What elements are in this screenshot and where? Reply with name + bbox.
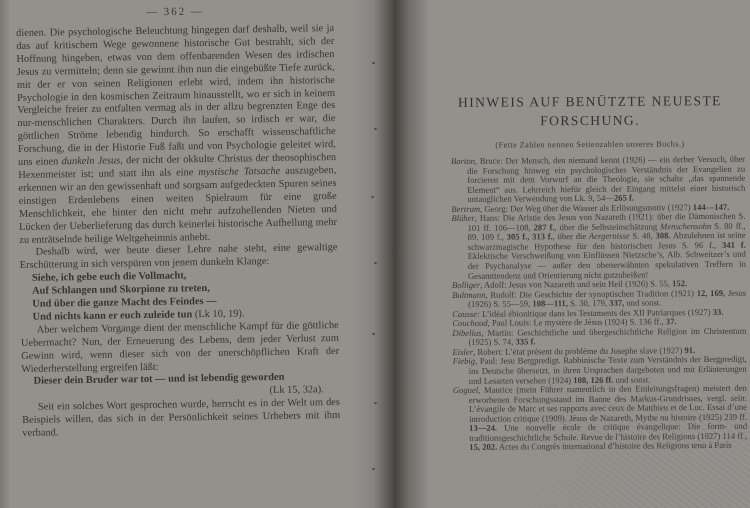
bibliography-list: Barton, Bruce: Der Mensch, den niemand k… xyxy=(451,155,747,453)
bibliography-entry: Fiebig, Paul: Jesu Bergpredigt. Rabbinis… xyxy=(453,355,747,386)
page-title: HINWEIS AUF BENÜTZTE NEUESTE FORSCHUNG. xyxy=(445,91,735,131)
bibliography-entry: Dibelius, Martin: Geschichtliche und übe… xyxy=(452,327,746,348)
bibliography-entry: Goguel, Maurice (mein Führer namentlich … xyxy=(453,384,748,453)
page-title-line1: HINWEIS AUF BENÜTZTE NEUESTE xyxy=(445,91,735,112)
paragraph: dienen. Die psychologische Beleuchtung h… xyxy=(16,23,337,247)
left-page: — 362 — dienen. Die psychologische Beleu… xyxy=(0,0,375,508)
bibliography-entry: Barton, Bruce: Der Mensch, den niemand k… xyxy=(451,155,745,205)
page-title-line2: FORSCHUNG. xyxy=(445,110,735,131)
bibliography-entry: Blüher, Hans: Die Aristie des Jesus von … xyxy=(451,212,746,281)
paragraph: Seit ein solches Wort gesprochen wurde, … xyxy=(22,397,341,441)
paragraph: Aber welchem Vorgange dient der menschli… xyxy=(21,320,340,377)
page-number: — 362 — xyxy=(16,4,334,20)
book-scan: — 362 — dienen. Die psychologische Beleu… xyxy=(0,0,750,508)
page-subtitle: (Fette Zahlen nennen Seitenzahlen unsere… xyxy=(445,139,735,150)
gutter-speck xyxy=(371,196,374,198)
right-page: HINWEIS AUF BENÜTZTE NEUESTE FORSCHUNG. … xyxy=(375,0,750,508)
left-page-text: dienen. Die psychologische Beleuchtung h… xyxy=(16,23,340,441)
